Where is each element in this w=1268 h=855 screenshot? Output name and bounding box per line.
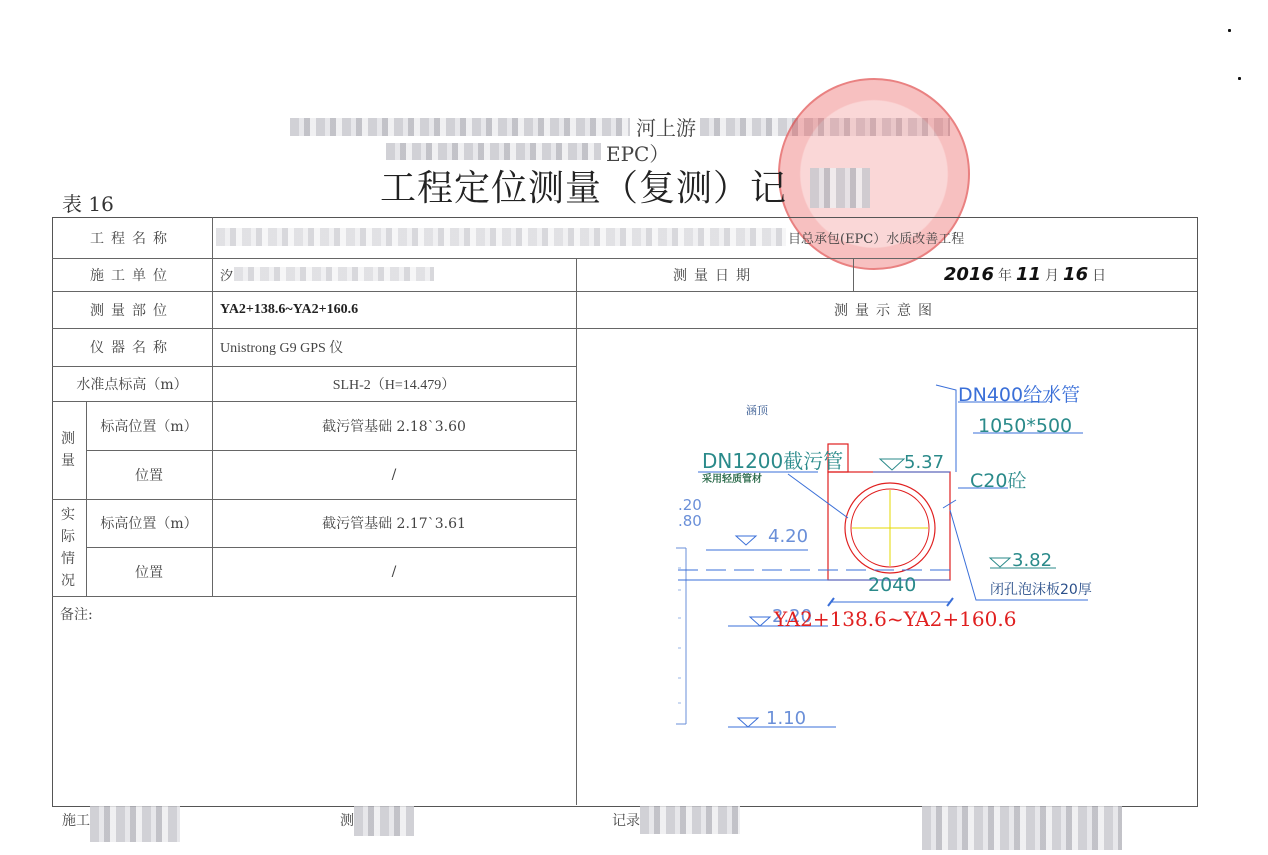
redacted-title-end [810, 168, 870, 208]
signature-surveyor-label: 测 [340, 810, 354, 830]
redacted-construction-unit [234, 267, 434, 281]
redacted-header-text [290, 118, 630, 136]
redacted-signature [354, 806, 414, 836]
redacted-signature [922, 806, 1122, 850]
actual-position-value: / [212, 547, 576, 596]
page-title: 工程定位测量（复测）记 [380, 160, 787, 211]
survey-section-value: YA2+138.6~YA2+160.6 [220, 291, 570, 328]
table-number: 表 16 [62, 188, 114, 217]
redacted-project-name [216, 228, 786, 246]
instrument-value: Unistrong G9 GPS 仪 [220, 328, 570, 366]
instrument-label: 仪器名称 [52, 328, 212, 366]
measurement-position-label: 位置 [86, 450, 212, 499]
diagram-level-left-2: .80 [678, 512, 702, 530]
benchmark-label: 水准点标高（m） [52, 366, 212, 401]
diagram-pipe-label: DN1200截污管 [702, 449, 843, 473]
survey-sketch: 涵顶 DN1200截污管 采用轻质管材 5.37 DN400给水管 1050*5… [578, 328, 1196, 804]
diagram-water-level: 4.20 [768, 526, 808, 547]
measurement-group-label: 测量 [52, 401, 86, 499]
signature-recorder-label: 记录 [612, 810, 640, 830]
redacted-signature [640, 806, 740, 834]
survey-date-value: 2016 年 11 月 16 日 [854, 258, 1196, 291]
construction-unit-label: 施工单位 [52, 258, 212, 291]
diagram-foam-label: 闭孔泡沫板20厚 [990, 581, 1092, 598]
benchmark-value: SLH-2（H=14.479） [212, 366, 576, 401]
survey-date-month: 11 [1016, 264, 1041, 285]
actual-elevation-value: 截污管基础 2.17`3.61 [212, 499, 576, 547]
header-line1-visible: 河上游 [636, 112, 696, 141]
soil-column [676, 548, 686, 724]
actual-elevation-label: 标高位置（m） [86, 499, 212, 547]
project-name-label: 工程名称 [52, 217, 212, 258]
remarks-label: 备注: [60, 602, 160, 626]
survey-section-label: 测量部位 [52, 291, 212, 328]
diagram-width: 2040 [868, 574, 916, 596]
diagram-water-pipe-label: DN400给水管 [958, 384, 1080, 406]
actual-group-label: 实际情况 [52, 499, 86, 596]
measurement-elevation-label: 标高位置（m） [86, 401, 212, 450]
diagram-top-label: 涵顶 [746, 404, 769, 417]
redacted-header-text [386, 143, 601, 160]
diagram-concrete-label: C20砼 [970, 470, 1026, 492]
survey-date-label: 测量日期 [577, 258, 853, 291]
scan-speck [1238, 77, 1241, 80]
diagram-water-pipe-size: 1050*500 [978, 415, 1072, 437]
survey-date-day: 16 [1063, 264, 1088, 285]
project-name-value: 目总承包(EPC）水质改善工程 [788, 217, 1188, 258]
measurement-elevation-value: 截污管基础 2.18`3.60 [212, 401, 576, 450]
measurement-position-value: / [212, 450, 576, 499]
diagram-section-red: YA2+138.6~YA2+160.6 [773, 607, 1016, 631]
scan-speck [1228, 29, 1231, 32]
actual-position-label: 位置 [86, 547, 212, 596]
diagram-pipe-material: 采用轻质管材 [702, 472, 762, 485]
diagram-side-elev: 3.82 [1012, 550, 1052, 571]
diagram-header: 测量示意图 [577, 291, 1196, 328]
diagram-lowest-elev: 1.10 [766, 708, 806, 729]
survey-date-year: 2016 [944, 264, 994, 285]
diagram-pipe-top-elev: 5.37 [904, 452, 944, 473]
signature-construction-label: 施工 [62, 810, 90, 830]
redacted-signature [90, 806, 180, 842]
